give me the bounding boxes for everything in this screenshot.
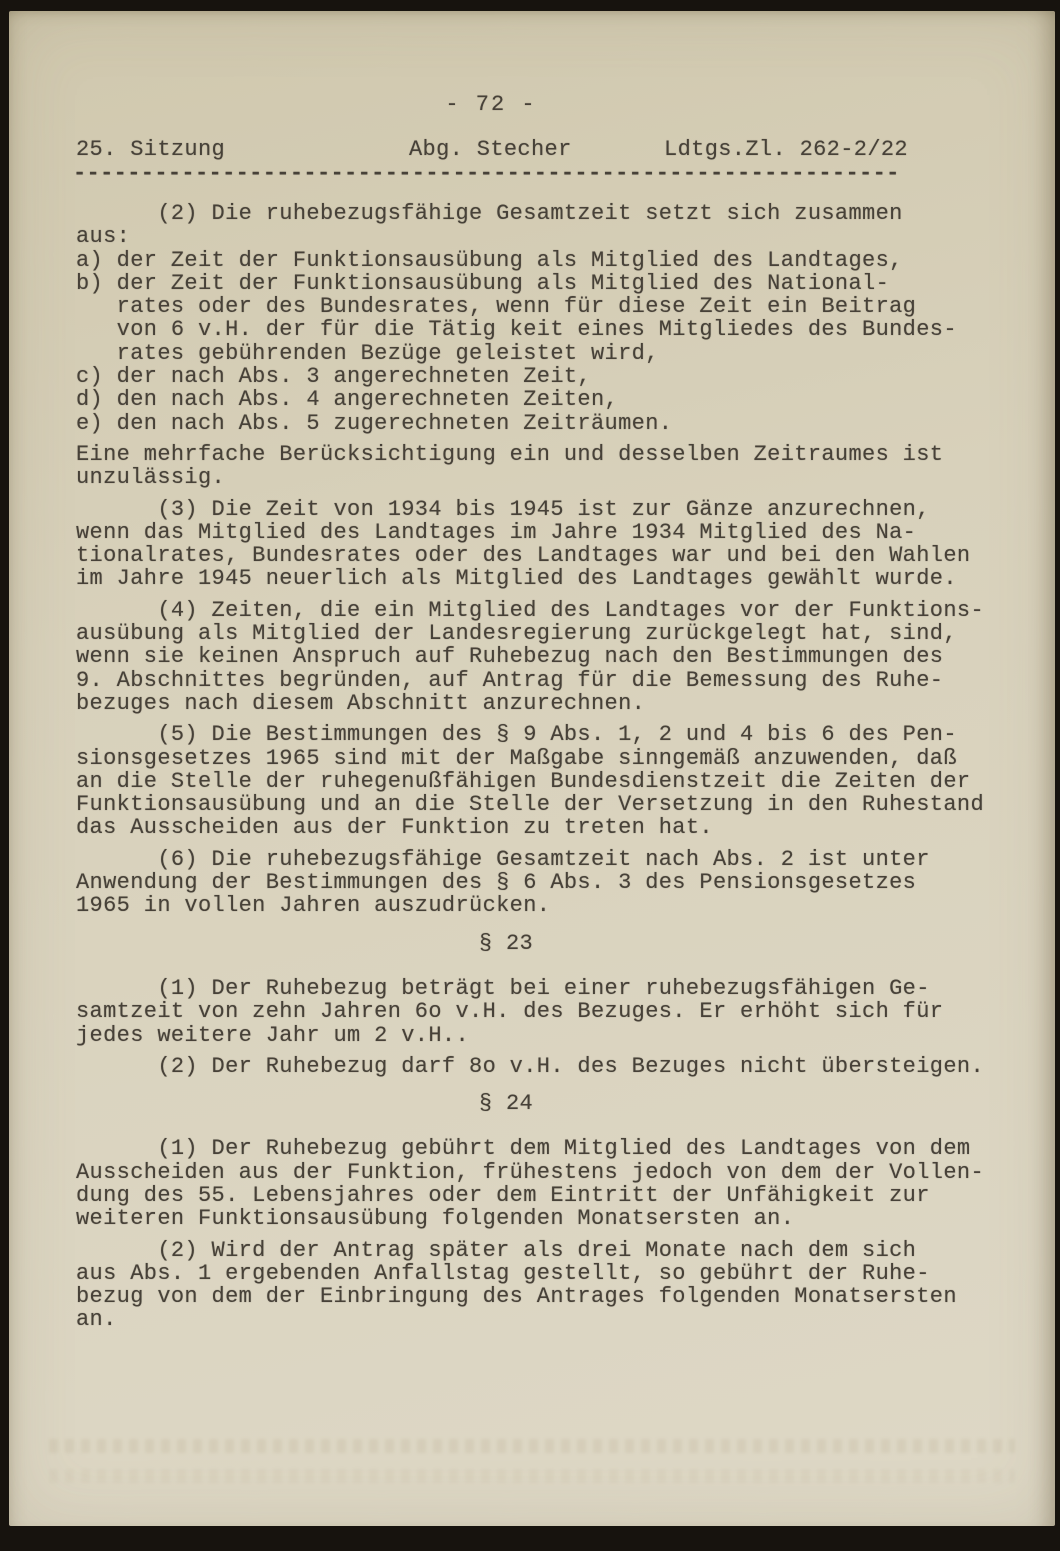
text-line: jedes weitere Jahr um 2 v.H.. <box>76 1024 976 1047</box>
paragraph: (6) Die ruhebezugsfähige Gesamtzeit nach… <box>76 848 976 918</box>
text-line: rates gebührenden Bezüge geleistet wird, <box>76 342 976 365</box>
paragraph: (2) Wird der Antrag später als drei Mona… <box>76 1239 976 1332</box>
text-line: dung des 55. Lebensjahres oder dem Eintr… <box>76 1184 976 1207</box>
paragraph: (4) Zeiten, die ein Mitglied des Landtag… <box>76 599 976 715</box>
text-line: b) der Zeit der Funktionsausübung als Mi… <box>76 272 976 295</box>
text-line: Ausscheiden aus der Funktion, frühestens… <box>76 1161 976 1184</box>
text-line: c) der nach Abs. 3 angerechneten Zeit, <box>76 365 976 388</box>
text-line: tionalrates, Bundesrates oder des Landta… <box>76 544 976 567</box>
text-line: samtzeit von zehn Jahren 6o v.H. des Bez… <box>76 1000 976 1023</box>
text-line: unzulässig. <box>76 466 976 489</box>
text-line: bezuges nach diesem Abschnitt anzurechne… <box>76 692 976 715</box>
text-line: von 6 v.H. der für die Tätig keit eines … <box>76 318 976 341</box>
text-line: ausübung als Mitglied der Landesregierun… <box>76 622 976 645</box>
text-line: a) der Zeit der Funktionsausübung als Mi… <box>76 249 976 272</box>
text-line: an die Stelle der ruhegenußfähigen Bunde… <box>76 770 976 793</box>
text-line: aus: <box>76 225 976 248</box>
text-line: weiteren Funktionsausübung folgenden Mon… <box>76 1207 976 1230</box>
text-line: im Jahre 1945 neuerlich als Mitglied des… <box>76 567 976 590</box>
header-divider-dashes: ----------------------------------------… <box>73 161 909 186</box>
text-line: Anwendung der Bestimmungen des § 6 Abs. … <box>76 871 976 894</box>
text-line: das Ausscheiden aus der Funktion zu tret… <box>76 816 976 839</box>
text-line: rates oder des Bundesrates, wenn für die… <box>76 295 976 318</box>
text-line: wenn sie keinen Anspruch auf Ruhebezug n… <box>76 645 976 668</box>
paragraph: (2) Die ruhebezugsfähige Gesamtzeit setz… <box>76 202 976 435</box>
text-line: aus Abs. 1 ergebenden Anfallstag gestell… <box>76 1262 976 1285</box>
paper-sheet: - 72 - 25. Sitzung Abg. Stecher Ldtgs.Zl… <box>9 11 1055 1526</box>
text-line: Funktionsausübung und an die Stelle der … <box>76 793 976 816</box>
text-line: bezug von dem der Einbringung des Antrag… <box>76 1285 976 1308</box>
bleed-through-ghost <box>49 1439 1015 1453</box>
header-speaker-label: Abg. Stecher <box>409 137 572 162</box>
paragraph: Eine mehrfache Berücksichtigung ein und … <box>76 443 976 490</box>
text-line: 9. Abschnittes begründen, auf Antrag für… <box>76 669 976 692</box>
text-line: (2) Der Ruhebezug darf 8o v.H. des Bezug… <box>76 1055 976 1078</box>
text-line: (1) Der Ruhebezug gebührt dem Mitglied d… <box>76 1137 976 1160</box>
text-line: d) den nach Abs. 4 angerechneten Zeiten, <box>76 388 976 411</box>
paragraph: (2) Der Ruhebezug darf 8o v.H. des Bezug… <box>76 1055 976 1078</box>
text-line: 1965 in vollen Jahren auszudrücken. <box>76 894 976 917</box>
header-session-label: 25. Sitzung <box>76 137 225 162</box>
section-heading: § 23 <box>76 932 936 955</box>
header-reference-number: Ldtgs.Zl. 262-2/22 <box>664 137 908 162</box>
text-line: (2) Die ruhebezugsfähige Gesamtzeit setz… <box>76 202 976 225</box>
text-line: (3) Die Zeit von 1934 bis 1945 ist zur G… <box>76 498 976 521</box>
page-header: 25. Sitzung Abg. Stecher Ldtgs.Zl. 262-2… <box>76 137 908 163</box>
document-body: (2) Die ruhebezugsfähige Gesamtzeit setz… <box>76 202 976 1340</box>
section-heading: § 24 <box>76 1092 936 1115</box>
text-line: (1) Der Ruhebezug beträgt bei einer ruhe… <box>76 977 976 1000</box>
paragraph: (1) Der Ruhebezug beträgt bei einer ruhe… <box>76 977 976 1047</box>
text-line: wenn das Mitglied des Landtages im Jahre… <box>76 521 976 544</box>
paragraph: (3) Die Zeit von 1934 bis 1945 ist zur G… <box>76 498 976 591</box>
text-line: sionsgesetzes 1965 sind mit der Maßgabe … <box>76 747 976 770</box>
text-line: (4) Zeiten, die ein Mitglied des Landtag… <box>76 599 976 622</box>
text-line: e) den nach Abs. 5 zugerechneten Zeiträu… <box>76 412 976 435</box>
paragraph: (5) Die Bestimmungen des § 9 Abs. 1, 2 u… <box>76 723 976 839</box>
text-line: an. <box>76 1308 976 1331</box>
page-number: - 72 - <box>76 92 906 117</box>
text-line: (6) Die ruhebezugsfähige Gesamtzeit nach… <box>76 848 976 871</box>
bleed-through-ghost <box>49 1469 1015 1483</box>
text-line: (2) Wird der Antrag später als drei Mona… <box>76 1239 976 1262</box>
paragraph: (1) Der Ruhebezug gebührt dem Mitglied d… <box>76 1137 976 1230</box>
text-line: Eine mehrfache Berücksichtigung ein und … <box>76 443 976 466</box>
text-line: (5) Die Bestimmungen des § 9 Abs. 1, 2 u… <box>76 723 976 746</box>
scan-border: - 72 - 25. Sitzung Abg. Stecher Ldtgs.Zl… <box>0 0 1060 1551</box>
